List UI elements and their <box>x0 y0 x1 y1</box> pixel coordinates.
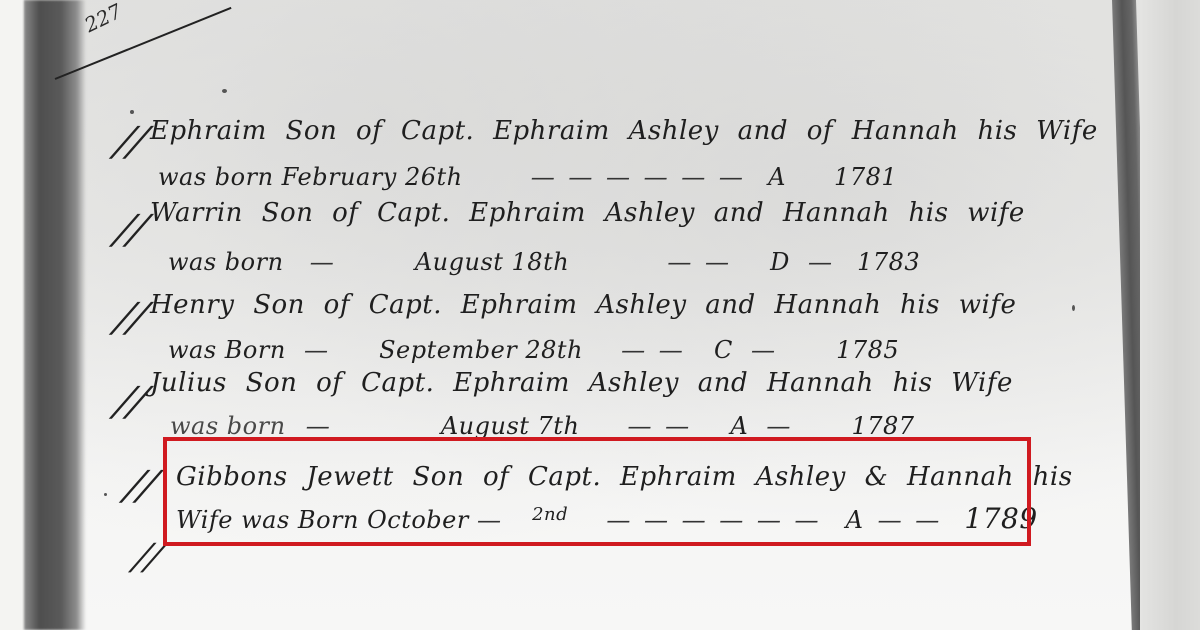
entry-birth-line: was born — August 18th — — D — 1783 <box>168 248 920 276</box>
scan-speck <box>1072 305 1075 311</box>
entry-dash: — — — — — — <box>531 163 746 191</box>
entry-birth-date: August 7th <box>441 412 580 440</box>
entry-marker: // <box>121 466 163 506</box>
entry-line: Ephraim Son of Capt. Ephraim Ashley and … <box>150 116 1098 146</box>
entry-year: 1785 <box>836 336 899 364</box>
scan-left-margin <box>0 0 24 630</box>
entry-mark-letter: A <box>730 412 748 440</box>
entry-mark-letter: C <box>714 336 733 364</box>
entry-marker: // <box>111 210 153 250</box>
page-number: 227 <box>81 0 126 37</box>
entry-dash: — <box>751 336 778 364</box>
entry-birth-date: was born February 26th <box>158 163 463 191</box>
entry-dash: — — <box>667 248 732 276</box>
register-page: 227 // Ephraim Son of Capt. Ephraim Ashl… <box>0 0 1200 630</box>
entry-marker: // <box>111 122 153 162</box>
entry-year: 1783 <box>857 248 920 276</box>
scan-right-margin <box>1140 0 1200 630</box>
entry-marker: // <box>111 382 153 422</box>
entry-dash: — <box>310 248 337 276</box>
entry-mark-letter: A <box>768 163 786 191</box>
entry-born-label: was born <box>168 248 284 276</box>
entry-mark-letter: D <box>770 248 790 276</box>
entry-line: Henry Son of Capt. Ephraim Ashley and Ha… <box>150 290 1016 320</box>
entry-born-label: was born <box>170 412 286 440</box>
entry-birth-line: was born February 26th — — — — — — A 178… <box>158 163 897 191</box>
highlight-annotation-box <box>163 437 1031 546</box>
entry-marker-trailing: // <box>129 540 166 576</box>
scan-speck <box>104 493 107 496</box>
entry-year: 1781 <box>834 163 897 191</box>
scan-speck <box>130 110 134 114</box>
entry-dash: — <box>306 412 333 440</box>
entry-line: Warrin Son of Capt. Ephraim Ashley and H… <box>150 198 1025 228</box>
entry-dash: — <box>766 412 793 440</box>
binding-gutter-shadow <box>24 0 86 630</box>
entry-line: Julius Son of Capt. Ephraim Ashley and H… <box>150 368 1013 398</box>
entry-birth-date: August 18th <box>415 248 569 276</box>
entry-year: 1787 <box>851 412 914 440</box>
entry-marker: // <box>111 298 153 338</box>
entry-dash: — — <box>628 412 693 440</box>
entry-birth-line: was Born — September 28th — — C — 1785 <box>168 336 899 364</box>
entry-dash: — — <box>621 336 686 364</box>
entry-dash: — <box>808 248 835 276</box>
entry-birth-line: was born — August 7th — — A — 1787 <box>170 412 915 440</box>
scan-speck <box>222 89 227 93</box>
entry-birth-date: September 28th <box>379 336 583 364</box>
entry-dash: — <box>304 336 331 364</box>
entry-born-label: was Born <box>168 336 286 364</box>
